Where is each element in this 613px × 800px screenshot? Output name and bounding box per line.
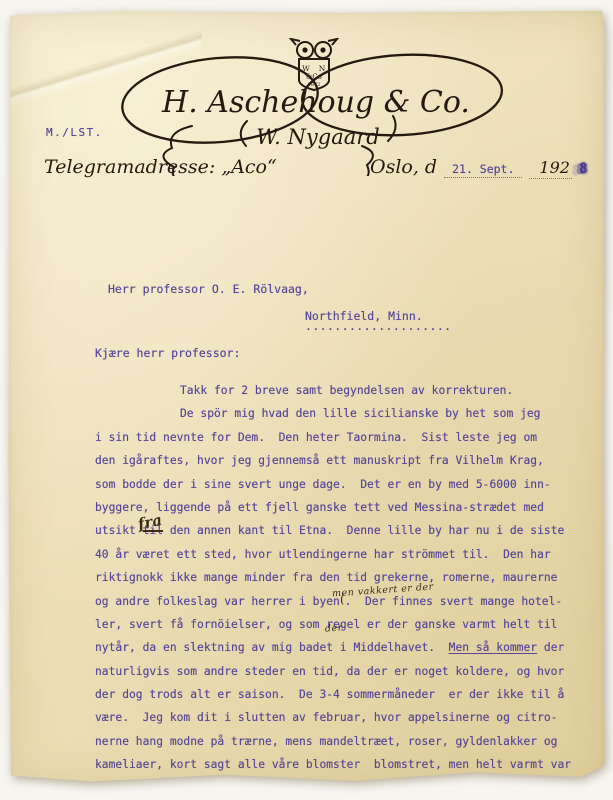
letter-paper: W N &Co 1872 H. Aschehoug & Co. W. Nygaa… xyxy=(8,10,605,787)
owl-right-initial: N xyxy=(319,64,326,73)
letter-body: Takk for 2 breve samt begyndelsen av kor… xyxy=(95,379,591,777)
telegram-address: Telegramadresse: „Aco“ xyxy=(44,156,277,178)
correction: tilfra xyxy=(143,519,163,542)
typed-text: nerne hang modne på trærne, mens mandelt… xyxy=(95,735,558,748)
typed-text: som bodde der i sine svert unge dage. De… xyxy=(95,478,551,491)
typed-text: i sin tid nevnte for Dem. Den heter Taor… xyxy=(95,431,537,444)
typed-text: der dog trods alt er saison. De 3-4 somm… xyxy=(95,688,564,701)
letter-line: kameliaer, kort sagt alle våre blomster … xyxy=(95,753,591,776)
owl-company-abbr: &Co xyxy=(306,73,322,81)
typed-text: naturligvis som andre steder en tid, da … xyxy=(95,665,564,678)
letter-line: den igåraftes, hvor jeg gjennemså ett ma… xyxy=(95,449,591,472)
typed-text: den igåraftes, hvor jeg gjennemså ett ma… xyxy=(95,454,544,467)
recipient-dotted-line: .................... xyxy=(305,319,451,333)
letter-line: byggere, liggende på ett fjell ganske te… xyxy=(95,496,591,519)
printed-year: 192 xyxy=(529,158,572,179)
letter-line: De spör mig hvad den lille sicilianske b… xyxy=(95,402,591,425)
typed-date: 21. Sept. xyxy=(444,162,522,178)
letter-line: nytår, da en slektning av mig badetder i… xyxy=(95,636,591,659)
letter-line: der dog trods alt er saison. De 3-4 somm… xyxy=(95,683,591,706)
letter-line: naturligvis som andre steder en tid, da … xyxy=(95,660,591,683)
typed-text: utsikt xyxy=(95,524,143,537)
letter-line: utsikt tilfra den annen kant til Etna. D… xyxy=(95,519,591,542)
typed-text: Takk for 2 breve samt begyndelsen av kor… xyxy=(180,384,513,397)
date-line: Oslo, d 21. Sept. 192 8 xyxy=(370,156,587,179)
letter-line: i sin tid nevnte for Dem. Den heter Taor… xyxy=(95,426,591,449)
typed-text: kameliaer, kort sagt alle våre blomster … xyxy=(95,758,571,771)
typed-text: De spör mig hvad den lille sicilianske b… xyxy=(180,407,540,420)
typed-text: byggere, liggende på ett fjell ganske te… xyxy=(95,501,544,514)
typed-text-underlined: Men så kommer xyxy=(449,641,537,654)
scanned-letter: W N &Co 1872 H. Aschehoug & Co. W. Nygaa… xyxy=(8,10,605,787)
typed-text: den annen kant til Etna. Denne lille by … xyxy=(163,524,564,537)
letter-line: som bodde der i sine svert unge dage. De… xyxy=(95,473,591,496)
typed-text: 40 år været ett sted, hvor utlendingerne… xyxy=(95,548,551,561)
company-name: H. Aschehoug & Co. xyxy=(161,85,470,120)
letter-line: 40 år været ett sted, hvor utlendingerne… xyxy=(95,543,591,566)
letter-line: og andre folkeslag var herrer i byenmen … xyxy=(95,590,591,613)
letter-line: Takk for 2 breve samt begyndelsen av kor… xyxy=(95,379,591,402)
reference-code: M./LST. xyxy=(46,126,103,139)
typed-text: riktignokk ikke mange minder fra den tid… xyxy=(95,571,558,584)
owl-logo: W N &Co 1872 xyxy=(291,39,337,90)
typed-text: i Middelhavet. xyxy=(333,641,449,654)
typed-text: nytår, da en slektning av mig badet xyxy=(95,641,333,654)
owl-left-initial: W xyxy=(302,64,310,73)
typed-text: og andre folkeslag var herrer i byen xyxy=(95,595,340,608)
handwritten-insertion-text: der xyxy=(324,616,343,641)
typed-text: være. Jeg kom dit i slutten av februar, … xyxy=(95,711,558,724)
recipient-line-1: Herr professor O. E. Rölvaag, xyxy=(108,282,309,296)
typed-text: der xyxy=(537,641,564,654)
typed-year-smudge: 8 xyxy=(579,161,587,177)
letter-line: være. Jeg kom dit i slutten av februar, … xyxy=(95,706,591,729)
letter-line: nerne hang modne på trærne, mens mandelt… xyxy=(95,730,591,753)
handwritten-insertion: men vakkert er der( xyxy=(340,590,345,613)
proprietor-name: W. Nygaard xyxy=(256,125,379,149)
place-label: Oslo, d xyxy=(370,156,437,178)
salutation: Kjære herr professor: xyxy=(95,346,240,360)
